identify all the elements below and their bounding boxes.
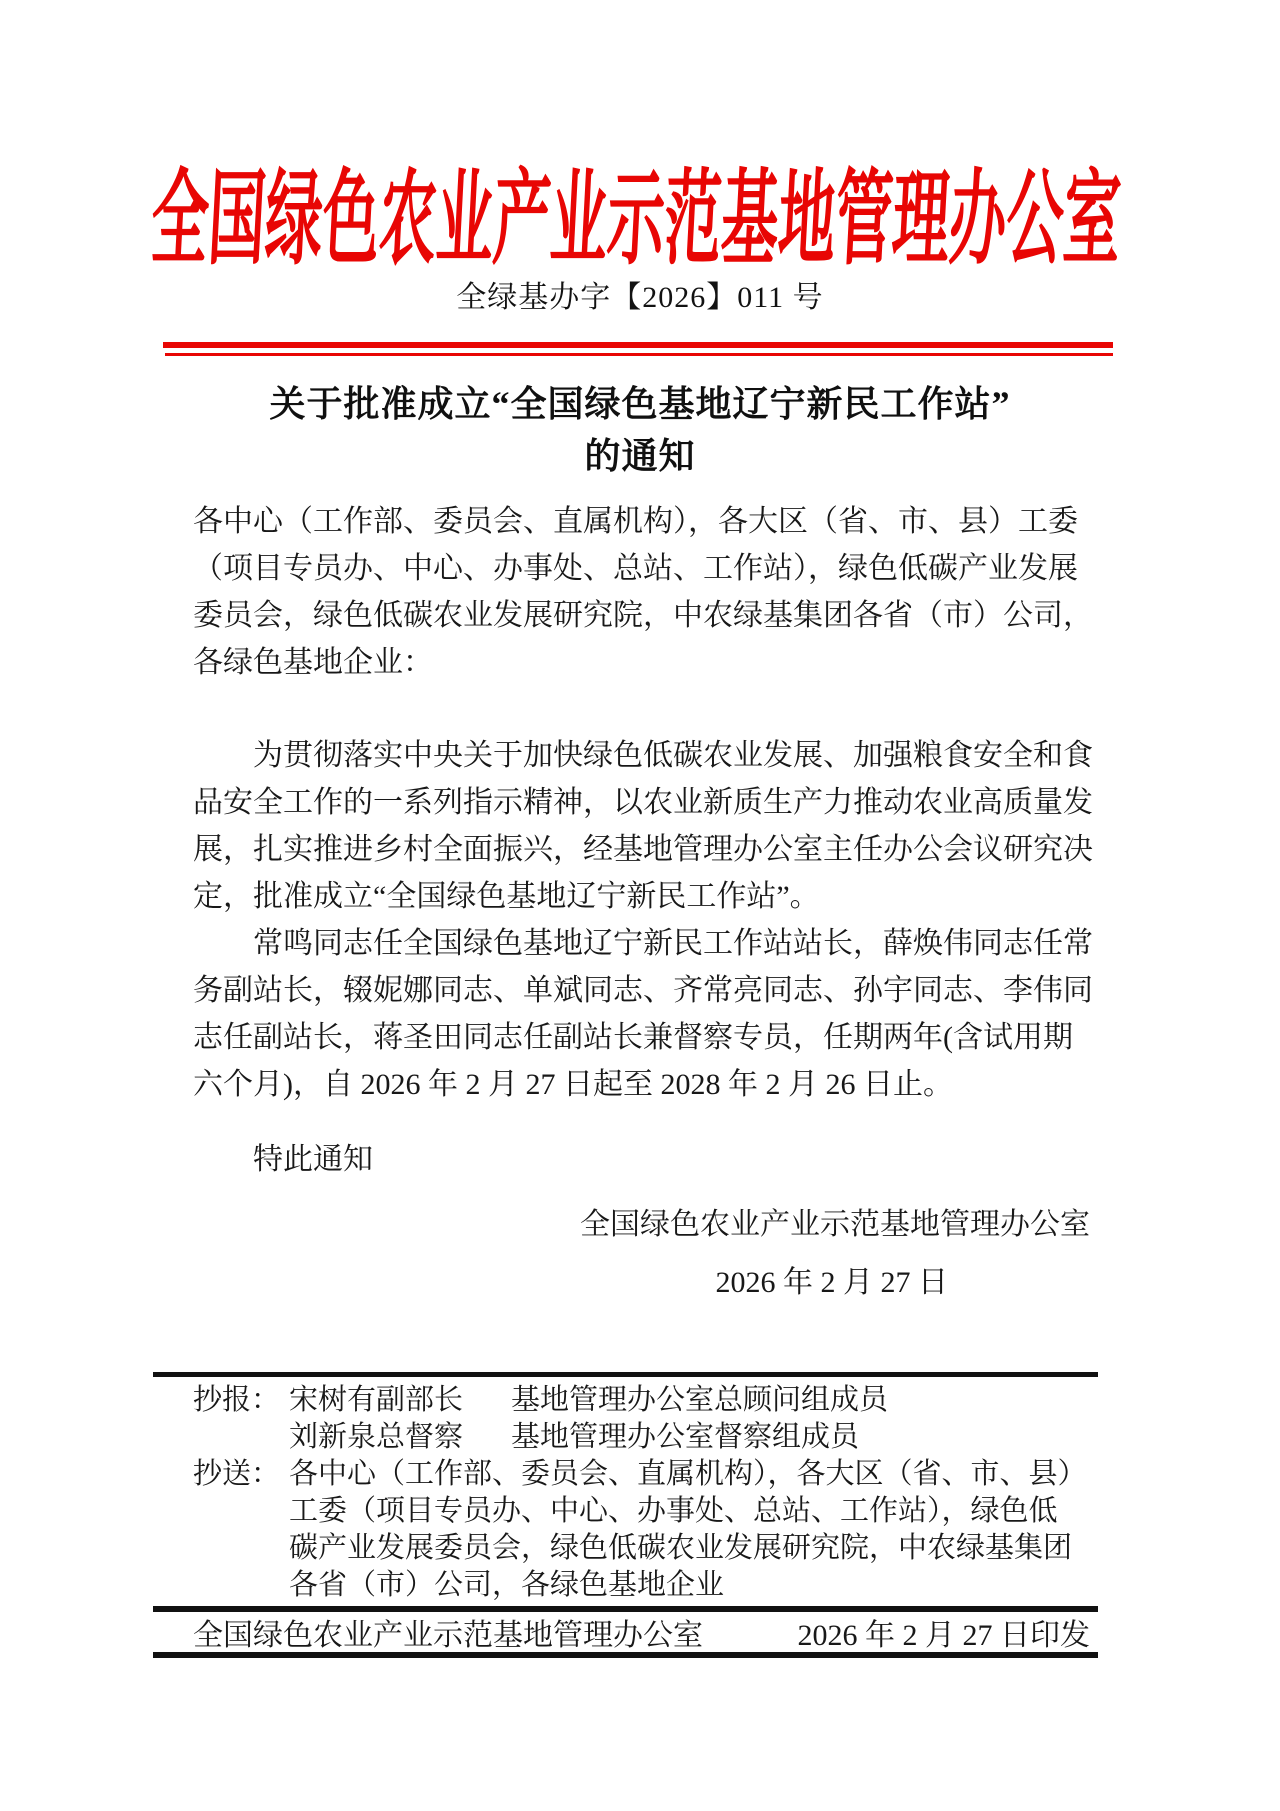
imprint-row: 全国绿色农业产业示范基地管理办公室 2026 年 2 月 27 日印发 (193, 1612, 1090, 1652)
recipients-line: （项目专员办、中心、办事处、总站、工作站），绿色低碳产业发展 (193, 545, 1090, 592)
body-line: 品安全工作的一系列指示精神，以农业新质生产力推动农业高质量发 (193, 779, 1090, 826)
body-line: 志任副站长，蒋圣田同志任副站长兼督察专员，任期两年(含试用期 (193, 1014, 1090, 1061)
official-notice-document: 全国绿色农业产业示范基地管理办公室 全绿基办字【2026】011 号 关于批准成… (0, 0, 1280, 1811)
doc-number: 全绿基办字【2026】011 号 (0, 272, 1280, 316)
signature-org: 全国绿色农业产业示范基地管理办公室 (193, 1205, 1090, 1245)
copy-report-label: 抄报： (193, 1382, 289, 1419)
copy-send-line: 各中心（工作部、委员会、直属机构），各大区（省、市、县） (289, 1458, 1087, 1490)
recipients-line: 各绿色基地企业： (193, 639, 1090, 686)
copy-send-line: 工委（项目专员办、中心、办事处、总站、工作站），绿色低 (289, 1495, 1058, 1527)
notice-title-line2: 的通知 (0, 428, 1280, 479)
notice-body: 各中心（工作部、委员会、直属机构），各大区（省、市、县）工委 （项目专员办、中心… (193, 498, 1090, 1183)
copy-send-line: 碳产业发展委员会，绿色低碳农业发展研究院，中农绿基集团 (289, 1532, 1072, 1564)
body-line: 展，扎实推进乡村全面振兴，经基地管理办公室主任办公会议研究决 (193, 826, 1090, 873)
recipients-line: 各中心（工作部、委员会、直属机构），各大区（省、市、县）工委 (193, 498, 1090, 545)
body-line: 定，批准成立“全国绿色基地辽宁新民工作站”。 (193, 873, 1090, 920)
copy-report-role: 基地管理办公室总顾问组成员 (511, 1384, 888, 1416)
closing-text: 特此通知 (193, 1136, 1090, 1183)
body-line: 常鸣同志任全国绿色基地辽宁新民工作站站长，薛焕伟同志任常 (193, 920, 1090, 967)
masthead-org-title: 全国绿色农业产业示范基地管理办公室 (148, 136, 1125, 285)
copy-send-line: 各省（市）公司，各绿色基地企业 (289, 1569, 724, 1601)
red-rule-thick (163, 342, 1113, 348)
red-rule-thin (165, 353, 1113, 356)
recipients-line: 委员会，绿色低碳农业发展研究院，中农绿基集团各省（市）公司， (193, 592, 1090, 639)
copy-report-role: 基地管理办公室督察组成员 (511, 1421, 859, 1453)
copy-send-label: 抄送： (193, 1456, 289, 1493)
imprint-org: 全国绿色农业产业示范基地管理办公室 (193, 1610, 703, 1654)
footer-distribution: 抄报：宋树有副部长基地管理办公室总顾问组成员 刘新泉总督察基地管理办公室督察组成… (193, 1382, 1090, 1604)
body-line: 务副站长，辍妮娜同志、单斌同志、齐常亮同志、孙宇同志、李伟同 (193, 967, 1090, 1014)
imprint-date: 2026 年 2 月 27 日印发 (798, 1610, 1091, 1654)
body-line: 六个月)，自 2026 年 2 月 27 日起至 2028 年 2 月 26 日… (193, 1061, 1090, 1108)
footer-top-rule (153, 1372, 1098, 1377)
notice-title-line1: 关于批准成立“全国绿色基地辽宁新民工作站” (0, 376, 1280, 427)
copy-report-row: 刘新泉总督察基地管理办公室督察组成员 (193, 1419, 1090, 1456)
copy-send-row: 碳产业发展委员会，绿色低碳农业发展研究院，中农绿基集团 (193, 1530, 1090, 1567)
copy-report-name: 刘新泉总督察 (289, 1419, 511, 1456)
copy-send-row: 各省（市）公司，各绿色基地企业 (193, 1567, 1090, 1604)
copy-report-name: 宋树有副部长 (289, 1382, 511, 1419)
imprint-bottom-rule (153, 1652, 1098, 1658)
copy-send-row: 抄送：各中心（工作部、委员会、直属机构），各大区（省、市、县） (193, 1456, 1090, 1493)
copy-send-row: 工委（项目专员办、中心、办事处、总站、工作站），绿色低 (193, 1493, 1090, 1530)
red-masthead: 全国绿色农业产业示范基地管理办公室 (0, 136, 1280, 218)
body-line: 为贯彻落实中央关于加快绿色低碳农业发展、加强粮食安全和食 (193, 732, 1090, 779)
signature-date: 2026 年 2 月 27 日 (193, 1263, 1090, 1303)
signature-block: 全国绿色农业产业示范基地管理办公室 2026 年 2 月 27 日 (193, 1205, 1090, 1303)
copy-report-row: 抄报：宋树有副部长基地管理办公室总顾问组成员 (193, 1382, 1090, 1419)
